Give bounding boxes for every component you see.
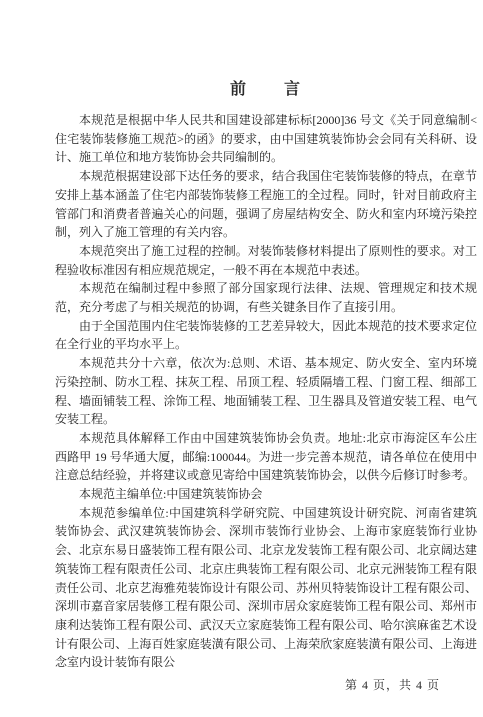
paragraph: 由于全国范围内住宅装饰装修的工艺差异较大，因此本规范的技术要求定位在全行业的平均…: [55, 317, 477, 354]
paragraph: 本规范主编单位:中国建筑装饰协会: [55, 485, 477, 504]
paragraph: 本规范突出了施工过程的控制。对装饰装修材料提出了原则性的要求。对工程验收标准因有…: [55, 242, 477, 279]
paragraph: 本规范参编单位:中国建筑科学研究院、中国建筑设计研究院、河南省建筑装饰协会、武汉…: [55, 504, 477, 672]
document-content: 前 言 本规范是根据中华人民共和国建设部建标标[2000]36 号文《关于同意编…: [55, 80, 477, 672]
paragraph: 本规范在编制过程中参照了部分国家现行法律、法规、管理规定和技术规范，充分考虑了与…: [55, 279, 477, 316]
paragraph: 本规范共分十六章，依次为:总则、术语、基本规定、防火安全、室内环境污染控制、防水…: [55, 354, 477, 429]
paragraph: 本规范是根据中华人民共和国建设部建标标[2000]36 号文《关于同意编制<住宅…: [55, 111, 477, 167]
paragraph: 本规范具体解释工作由中国建筑装饰协会负责。地址:北京市海淀区车公庄西路甲 19 …: [55, 429, 477, 485]
page-title: 前 言: [55, 80, 477, 100]
document-page: 前 言 本规范是根据中华人民共和国建设部建标标[2000]36 号文《关于同意编…: [0, 0, 483, 717]
document-body: 本规范是根据中华人民共和国建设部建标标[2000]36 号文《关于同意编制<住宅…: [55, 111, 477, 672]
page-number-footer: 第 4 页，共 4 页: [345, 676, 440, 693]
paragraph: 本规范根据建设部下达任务的要求，结合我国住宅装饰装修的特点，在章节安排上基本涵盖…: [55, 167, 477, 242]
